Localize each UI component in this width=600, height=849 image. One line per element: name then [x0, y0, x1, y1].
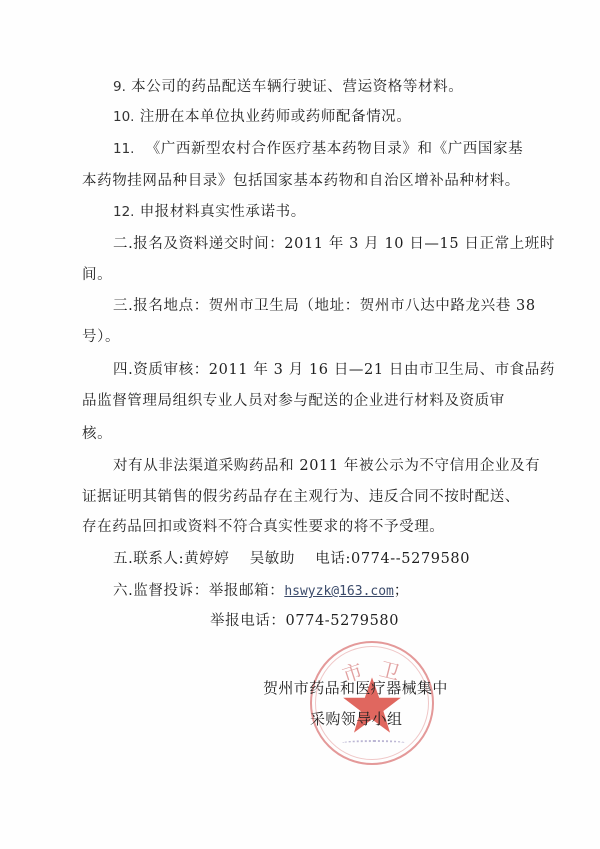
section-4-continued-2: 核。: [82, 425, 112, 443]
exclusion-paragraph-2: 证据证明其销售的假劣药品存在主观行为、违反合同不按时配送、: [82, 488, 520, 506]
section-2-continued: 间。: [82, 266, 112, 284]
section-4-qualification-review: 四.资质审核：2011 年 3 月 16 日—21 日由市卫生局、市食品药: [113, 361, 555, 379]
item-11: 11. 《广西新型农村合作医疗基本药物目录》和《广西国家基: [113, 140, 523, 158]
section-2-registration-time: 二.报名及资料递交时间：2011 年 3 月 10 日—15 日正常上班时: [113, 235, 555, 253]
section-4-continued-1: 品监督管理局组织专业人员对参与配送的企业进行材料及资质审: [82, 392, 505, 410]
section-3-continued: 号）。: [82, 328, 120, 346]
section-5-contacts: 五.联系人:黄婷婷 吴敏助 电话:0774--5279580: [113, 550, 470, 568]
section-3-registration-location: 三.报名地点：贺州市卫生局（地址：贺州市八达中路龙兴巷 38: [113, 297, 536, 315]
item-12: 12. 申报材料真实性承诺书。: [113, 203, 306, 221]
official-seal: 市 卫: [310, 641, 434, 765]
section-6-complaints: 六.监督投诉：举报邮箱：hswyzk@163.com；: [113, 582, 409, 601]
document-page: 9. 本公司的药品配送车辆行驶证、营运资格等材料。 10. 注册在本单位执业药师…: [0, 0, 600, 849]
item-9: 9. 本公司的药品配送车辆行驶证、营运资格等材料。: [113, 78, 463, 96]
exclusion-paragraph-3: 存在药品回扣或资料不符合真实性要求的将不予受理。: [82, 518, 444, 536]
report-phone: 举报电话：0774-5279580: [210, 612, 399, 630]
item-11-continued: 本药物挂网品种目录》包括国家基本药物和自治区增补品种材料。: [82, 172, 520, 190]
signature-organization-line-1: 贺州市药品和医疗器械集中: [263, 677, 448, 698]
exclusion-paragraph-1: 对有从非法渠道采购药品和 2011 年被公示为不守信用企业及有: [113, 457, 540, 475]
report-email-link[interactable]: hswyzk@163.com: [284, 584, 394, 599]
signature-organization-line-2: 采购领导小组: [310, 708, 402, 729]
item-10: 10. 注册在本单位执业药师或药师配备情况。: [113, 108, 412, 126]
